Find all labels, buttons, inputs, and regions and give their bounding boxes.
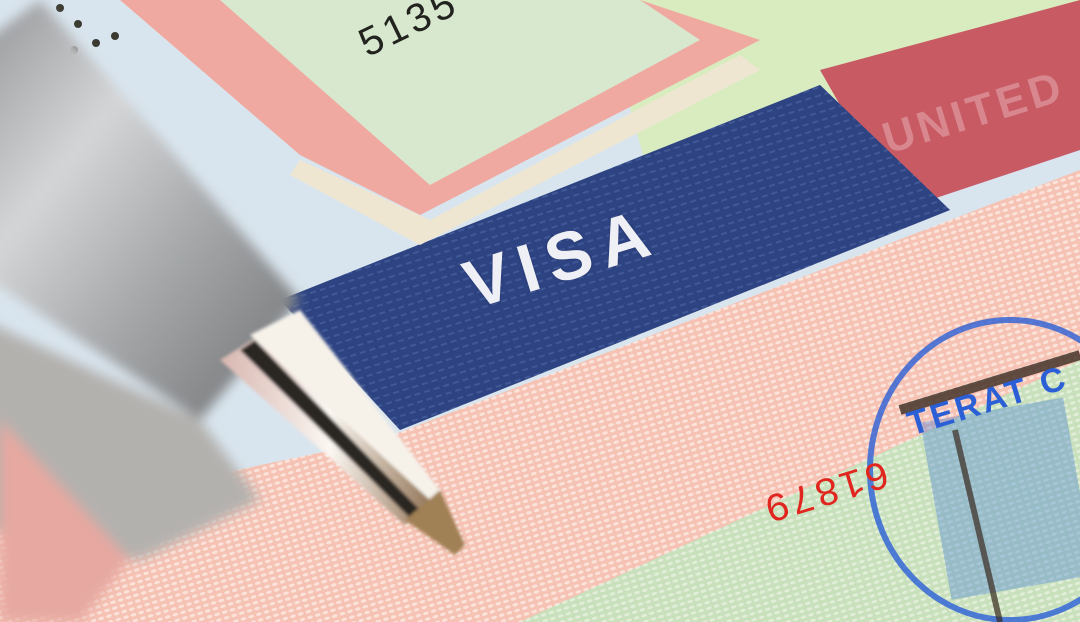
photo-scene: UNITED 5135 VISA 61879 TERAT C [0, 0, 1080, 622]
photo-background [0, 0, 1080, 622]
